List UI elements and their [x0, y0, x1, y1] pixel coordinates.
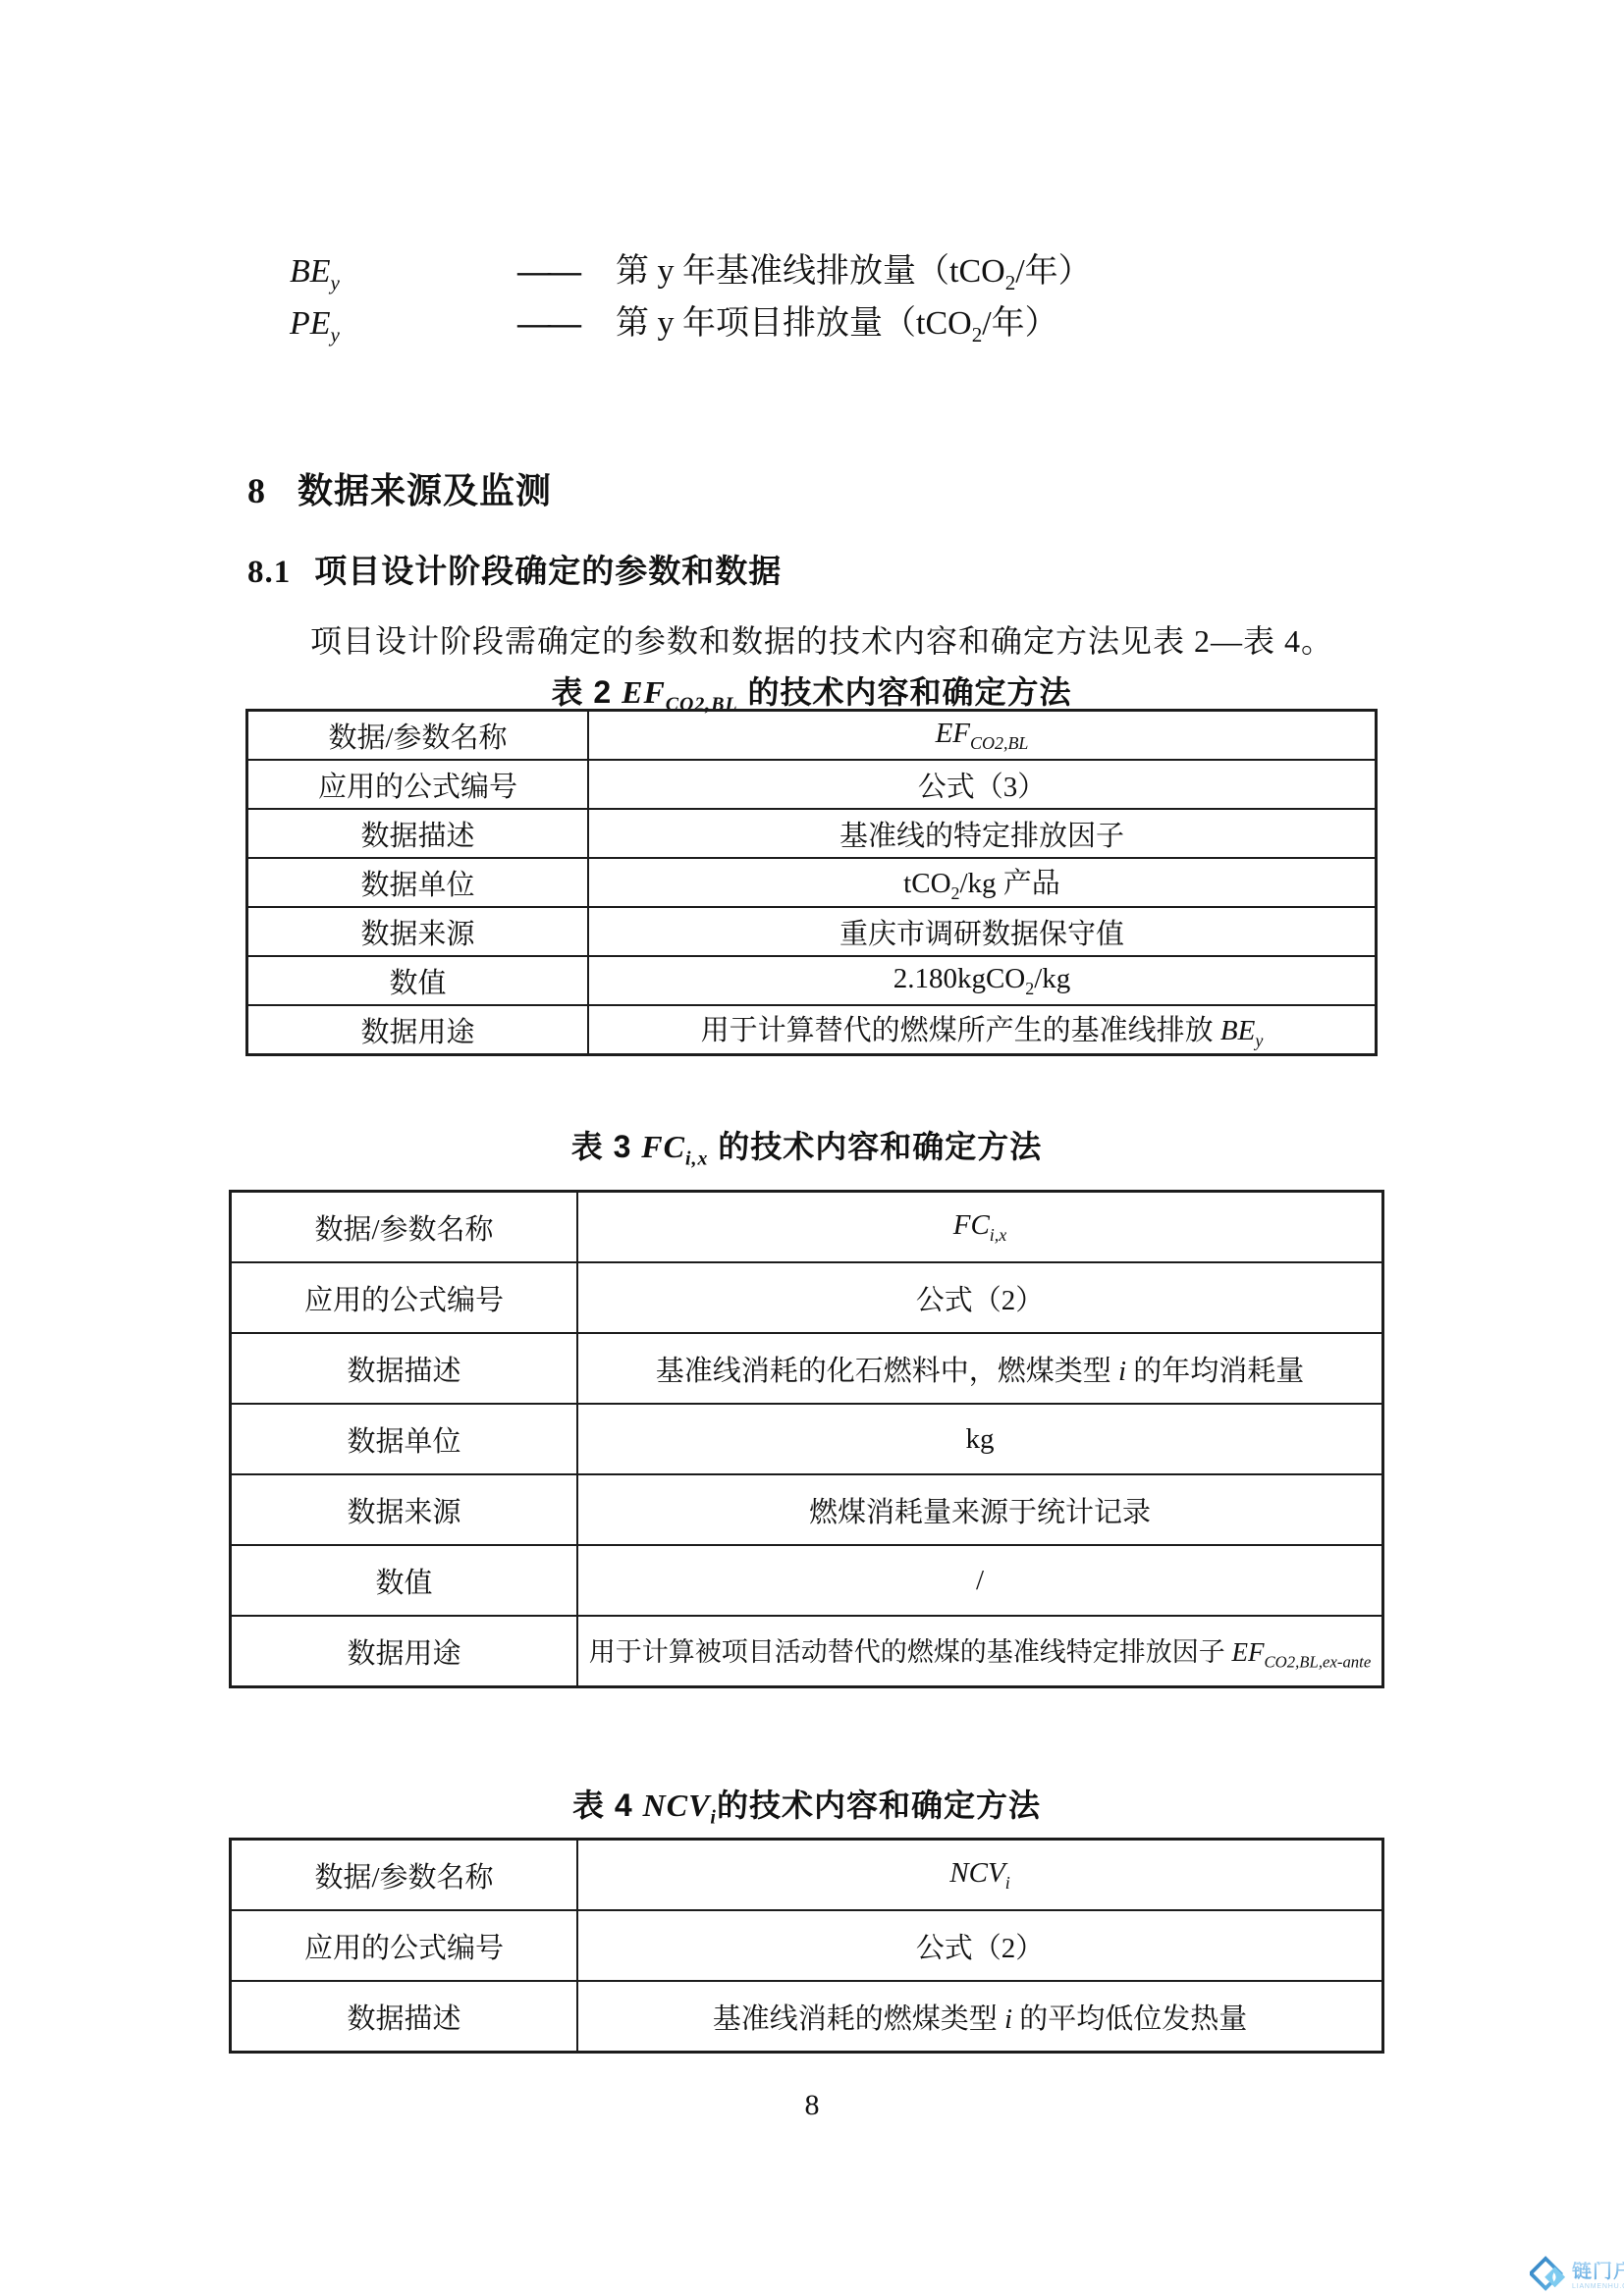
row-label: 数据描述 [231, 1333, 578, 1404]
row-label: 应用的公式编号 [231, 1910, 578, 1981]
definition-row: BEy —— 第 y 年基准线排放量（tCO2/年） [290, 243, 1370, 295]
table-row: 应用的公式编号 公式（2） [231, 1262, 1383, 1333]
row-value: FCi,x [577, 1192, 1383, 1263]
row-value: / [577, 1545, 1383, 1616]
row-value: 公式（2） [577, 1910, 1383, 1981]
definition-symbol: BEy [290, 253, 517, 295]
table-row: 数据/参数名称 FCi,x [231, 1192, 1383, 1263]
symbol-definitions: BEy —— 第 y 年基准线排放量（tCO2/年） PEy —— 第 y 年项… [290, 243, 1370, 347]
row-label: 数据描述 [231, 1981, 578, 2053]
table-row: 数据描述 基准线消耗的化石燃料中，燃煤类型 i 的年均消耗量 [231, 1333, 1383, 1404]
row-label: 数据来源 [247, 907, 589, 956]
row-label: 数据/参数名称 [231, 1840, 578, 1911]
definition-description: 第 y 年基准线排放量（tCO2/年） [616, 243, 1370, 295]
section-heading: 8数据来源及监测 [247, 463, 552, 513]
row-value: tCO2/kg 产品 [588, 858, 1377, 907]
table-row: 数据用途 用于计算替代的燃煤所产生的基准线排放 BEy [247, 1005, 1377, 1055]
row-value: EFCO2,BL [588, 711, 1377, 761]
row-label: 数据/参数名称 [247, 711, 589, 761]
row-value: 重庆市调研数据保守值 [588, 907, 1377, 956]
table-row: 应用的公式编号 公式（3） [247, 760, 1377, 809]
row-value: 基准线消耗的燃煤类型 i 的平均低位发热量 [577, 1981, 1383, 2053]
table-4-caption: 表 4 NCVi的技术内容和确定方法 [229, 1781, 1384, 1829]
subsection-heading: 8.1项目设计阶段确定的参数和数据 [247, 546, 782, 592]
row-value: kg [577, 1404, 1383, 1474]
table-row: 数据来源 燃煤消耗量来源于统计记录 [231, 1474, 1383, 1545]
subsection-number: 8.1 [247, 555, 291, 590]
row-value: 基准线消耗的化石燃料中，燃煤类型 i 的年均消耗量 [577, 1333, 1383, 1404]
row-value: NCVi [577, 1840, 1383, 1911]
row-label: 数据用途 [247, 1005, 589, 1055]
row-value: 用于计算被项目活动替代的燃煤的基准线特定排放因子 EFCO2,BL,ex-ant… [577, 1616, 1383, 1687]
table-row: 数值 2.180kgCO2/kg [247, 956, 1377, 1005]
section-title: 数据来源及监测 [298, 470, 552, 510]
row-value: 燃煤消耗量来源于统计记录 [577, 1474, 1383, 1545]
table-row: 数据来源 重庆市调研数据保守值 [247, 907, 1377, 956]
table-row: 数据/参数名称 NCVi [231, 1840, 1383, 1911]
row-label: 数据/参数名称 [231, 1192, 578, 1263]
body-paragraph: 项目设计阶段需确定的参数和数据的技术内容和确定方法见表 2—表 4。 [310, 616, 1390, 662]
diamond-logo-icon [1530, 2255, 1567, 2296]
table-row: 数据单位 kg [231, 1404, 1383, 1474]
row-label: 数据单位 [231, 1404, 578, 1474]
table-row: 数值 / [231, 1545, 1383, 1616]
table-4: 数据/参数名称 NCVi 应用的公式编号 公式（2） 数据描述 基准线消耗的燃煤… [229, 1838, 1384, 2054]
table-row: 应用的公式编号 公式（2） [231, 1910, 1383, 1981]
section-number: 8 [247, 471, 266, 510]
table-row: 数据描述 基准线的特定排放因子 [247, 809, 1377, 858]
row-value: 2.180kgCO2/kg [588, 956, 1377, 1005]
subsection-title: 项目设计阶段确定的参数和数据 [314, 553, 782, 589]
watermark-brand: 链门户 [1572, 2262, 1624, 2281]
definition-dash: —— [517, 305, 616, 343]
table-3-caption: 表 3 FCi,x 的技术内容和确定方法 [229, 1122, 1384, 1170]
table-row: 数据单位 tCO2/kg 产品 [247, 858, 1377, 907]
row-value: 用于计算替代的燃煤所产生的基准线排放 BEy [588, 1005, 1377, 1055]
row-label: 应用的公式编号 [231, 1262, 578, 1333]
row-label: 数值 [231, 1545, 578, 1616]
table-row: 数据用途 用于计算被项目活动替代的燃煤的基准线特定排放因子 EFCO2,BL,e… [231, 1616, 1383, 1687]
row-label: 数据来源 [231, 1474, 578, 1545]
row-value: 基准线的特定排放因子 [588, 809, 1377, 858]
row-label: 数据描述 [247, 809, 589, 858]
definition-description: 第 y 年项目排放量（tCO2/年） [616, 295, 1370, 347]
row-label: 数据用途 [231, 1616, 578, 1687]
row-value: 公式（2） [577, 1262, 1383, 1333]
document-page: BEy —— 第 y 年基准线排放量（tCO2/年） PEy —— 第 y 年项… [0, 0, 1624, 2296]
table-row: 数据描述 基准线消耗的燃煤类型 i 的平均低位发热量 [231, 1981, 1383, 2053]
table-3: 数据/参数名称 FCi,x 应用的公式编号 公式（2） 数据描述 基准线消耗的化… [229, 1190, 1384, 1688]
lianmenhu-watermark: 链门户 LIANMENHU.COM [1530, 2255, 1624, 2296]
table-2: 数据/参数名称 EFCO2,BL 应用的公式编号 公式（3） 数据描述 基准线的… [245, 709, 1378, 1056]
table-row: 数据/参数名称 EFCO2,BL [247, 711, 1377, 761]
row-label: 数值 [247, 956, 589, 1005]
page-number: 8 [0, 2089, 1624, 2122]
row-value: 公式（3） [588, 760, 1377, 809]
row-label: 应用的公式编号 [247, 760, 589, 809]
watermark-text: 链门户 LIANMENHU.COM [1572, 2262, 1624, 2290]
row-label: 数据单位 [247, 858, 589, 907]
definition-dash: —— [517, 253, 616, 291]
definition-row: PEy —— 第 y 年项目排放量（tCO2/年） [290, 295, 1370, 347]
watermark-domain: LIANMENHU.COM [1572, 2283, 1624, 2290]
definition-symbol: PEy [290, 305, 517, 347]
